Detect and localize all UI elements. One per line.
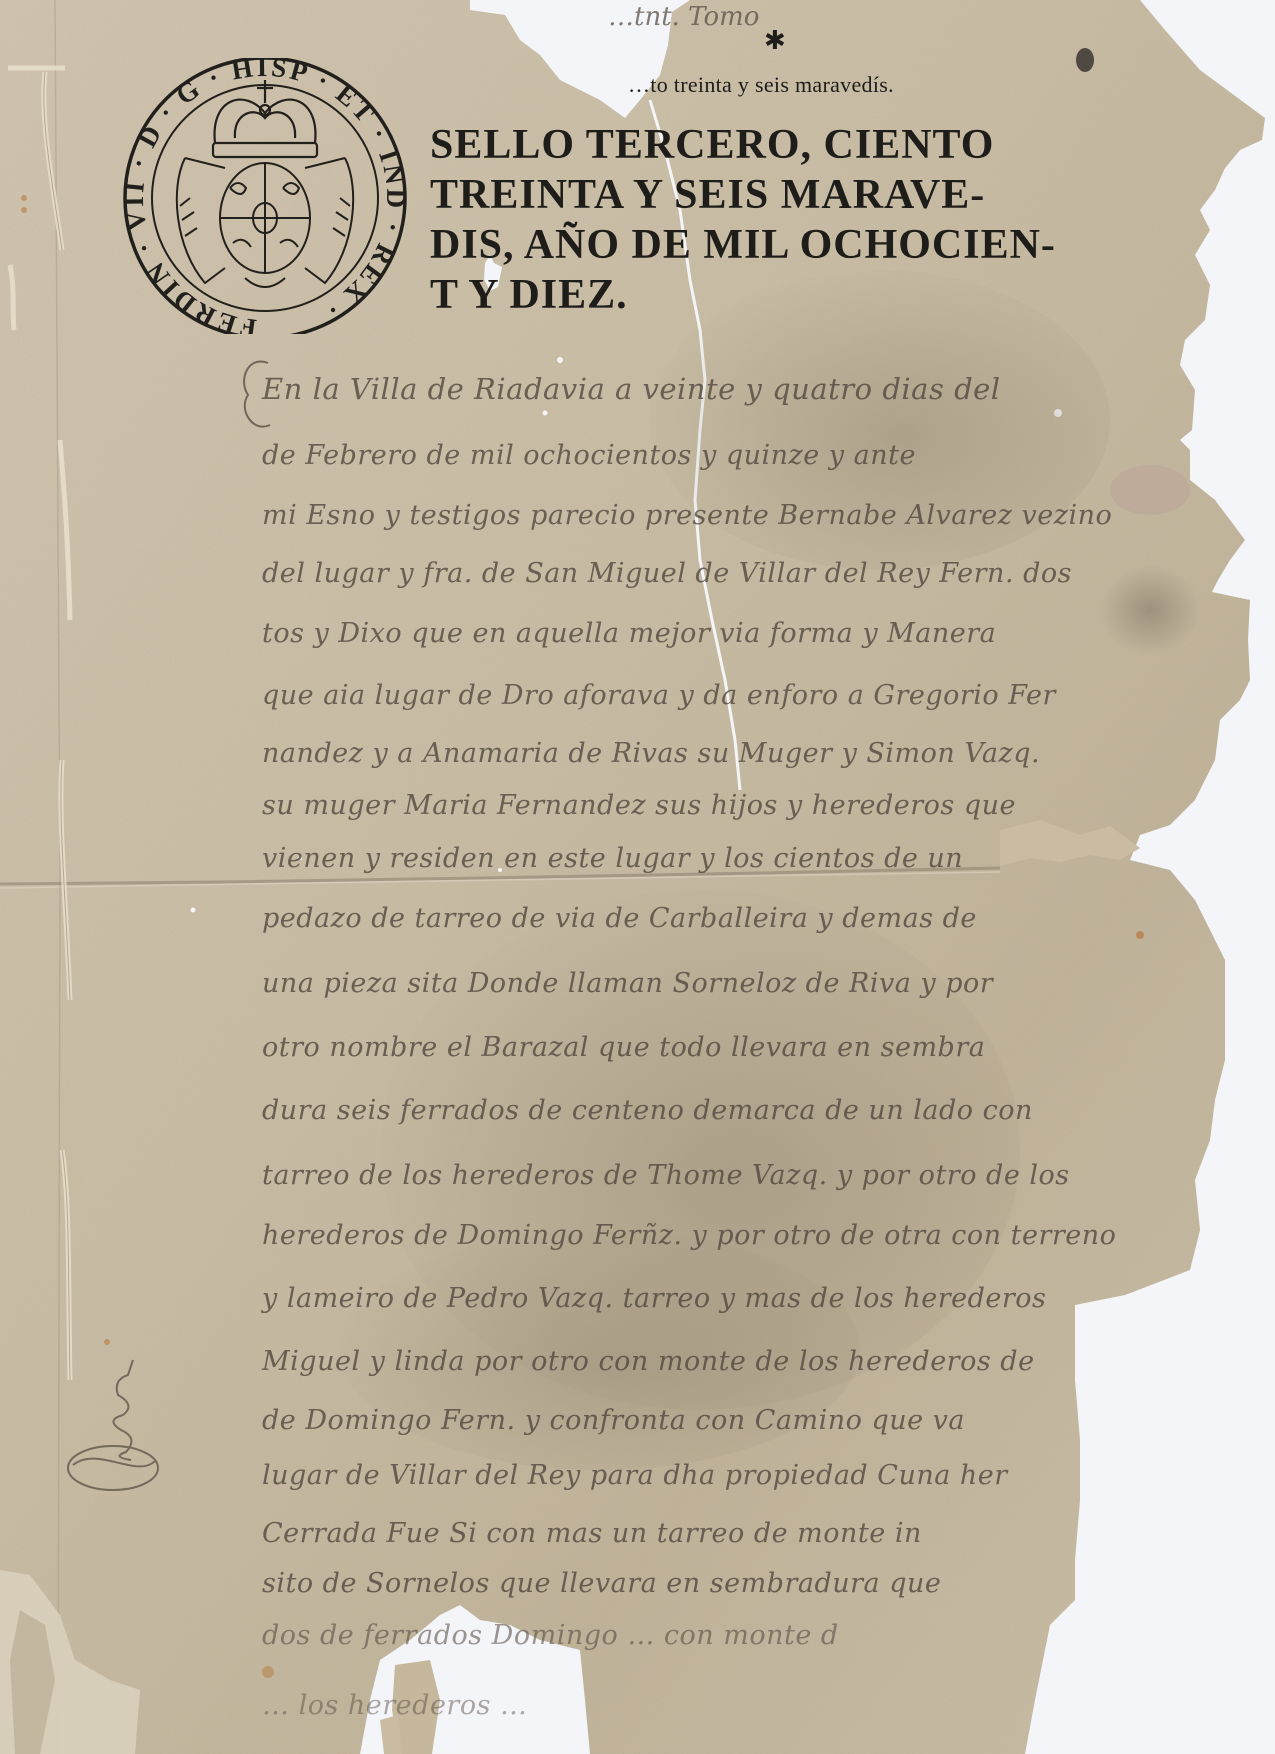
manuscript-line-15: herederos de Domingo Ferñz. y por otro d… xyxy=(262,1220,1116,1251)
initial-flourish-icon xyxy=(238,355,278,435)
manuscript-line-14: tarreo de los herederos de Thome Vazq. y… xyxy=(262,1160,1070,1191)
document-page: FERDIN · VII · D · G · HISP · ET · IND ·… xyxy=(0,0,1275,1754)
manuscript-line-17: Miguel y linda por otro con monte de los… xyxy=(262,1346,1035,1377)
star-ornament-icon: ✱ xyxy=(764,26,786,56)
manuscript-line-9: vienen y residen en este lugar y los cie… xyxy=(262,843,963,874)
heading-line-4: T Y DIEZ. xyxy=(430,270,1056,320)
manuscript-line-3: mi Esno y testigos parecio presente Bern… xyxy=(262,500,1112,531)
manuscript-line-8: su muger Maria Fernandez sus hijos y her… xyxy=(262,790,1016,821)
manuscript-line-5: tos y Dixo que en aquella mejor via form… xyxy=(262,618,996,649)
manuscript-line-18: de Domingo Fern. y confronta con Camino … xyxy=(262,1405,965,1436)
manuscript-line-19: lugar de Villar del Rey para dha propied… xyxy=(262,1460,1008,1491)
manuscript-line-20: Cerrada Fue Si con mas un tarreo de mont… xyxy=(262,1518,922,1549)
manuscript-line-10: pedazo de tarreo de via de Carballeira y… xyxy=(262,903,977,934)
stamp-subtitle: …to treinta y seis maravedís. xyxy=(628,72,894,98)
royal-seal-stamp: FERDIN · VII · D · G · HISP · ET · IND ·… xyxy=(115,58,415,334)
manuscript-line-2: de Febrero de mil ochocientos y quinze y… xyxy=(262,440,916,471)
manuscript-line-13: dura seis ferrados de centeno demarca de… xyxy=(262,1095,1033,1126)
coat-of-arms-icon xyxy=(177,158,353,287)
manuscript-line-12: otro nombre el Barazal que todo llevara … xyxy=(262,1032,985,1063)
manuscript-line-1: En la Villa de Riadavia a veinte y quatr… xyxy=(262,372,1001,406)
manuscript-line-7: nandez y a Anamaria de Rivas su Muger y … xyxy=(262,738,1040,769)
notarial-rubric-icon xyxy=(58,1350,168,1500)
manuscript-line-6: que aia lugar de Dro aforava y da enforo… xyxy=(262,680,1056,711)
manuscript-line-4: del lugar y fra. de San Miguel de Villar… xyxy=(262,558,1072,589)
heading-line-3: DIS, AÑO DE MIL OCHOCIEN- xyxy=(430,220,1056,270)
header-notation: …tnt. Tomo xyxy=(608,2,759,32)
manuscript-line-11: una pieza sita Donde llaman Sorneloz de … xyxy=(262,968,993,999)
heading-line-1: SELLO TERCERO, CIENTO xyxy=(430,120,1056,170)
heading-line-2: TREINTA Y SEIS MARAVE- xyxy=(430,170,1056,220)
stamp-heading: SELLO TERCERO, CIENTO TREINTA Y SEIS MAR… xyxy=(430,120,1056,320)
manuscript-line-16: y lameiro de Pedro Vazq. tarreo y mas de… xyxy=(262,1283,1046,1314)
manuscript-line-23: … los herederos … xyxy=(262,1690,528,1721)
manuscript-line-21: sito de Sornelos que llevara en sembradu… xyxy=(262,1568,941,1599)
manuscript-line-22: dos de ferrados Domingo … con monte d xyxy=(262,1620,839,1651)
